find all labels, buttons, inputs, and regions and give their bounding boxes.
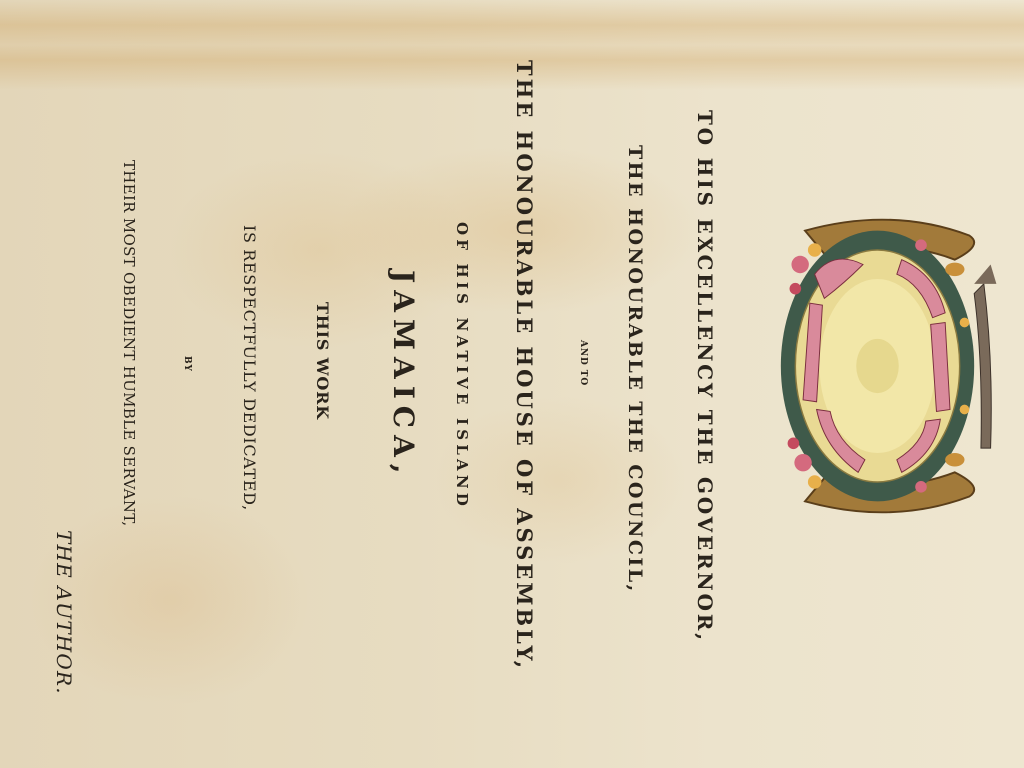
cornucopia-sun-emblem-icon xyxy=(776,206,1008,526)
dedication-line-dedicated: IS RESPECTFULLY DEDICATED, xyxy=(240,225,259,511)
dedication-line-governor: TO HIS EXCELLENCY THE GOVERNOR, xyxy=(693,110,717,643)
dedication-line-this-work: THIS WORK xyxy=(313,302,332,420)
dedication-line-by: BY xyxy=(182,356,192,372)
dedication-page: TO HIS EXCELLENCY THE GOVERNOR, THE HONO… xyxy=(0,0,1024,768)
dedication-line-author: THE AUTHOR. xyxy=(52,530,76,695)
dedication-line-native-island: OF HIS NATIVE ISLAND xyxy=(453,222,471,510)
dedication-line-assembly: THE HONOURABLE HOUSE OF ASSEMBLY, xyxy=(512,60,537,671)
dedication-line-jamaica: JAMAICA, xyxy=(387,270,420,481)
dedication-line-servant: THEIR MOST OBEDIENT HUMBLE SERVANT, xyxy=(120,160,138,526)
dedication-line-and-to: AND TO xyxy=(578,340,588,386)
emblem-vignette xyxy=(776,206,1008,526)
dedication-line-council: THE HONOURABLE THE COUNCIL, xyxy=(624,145,646,594)
